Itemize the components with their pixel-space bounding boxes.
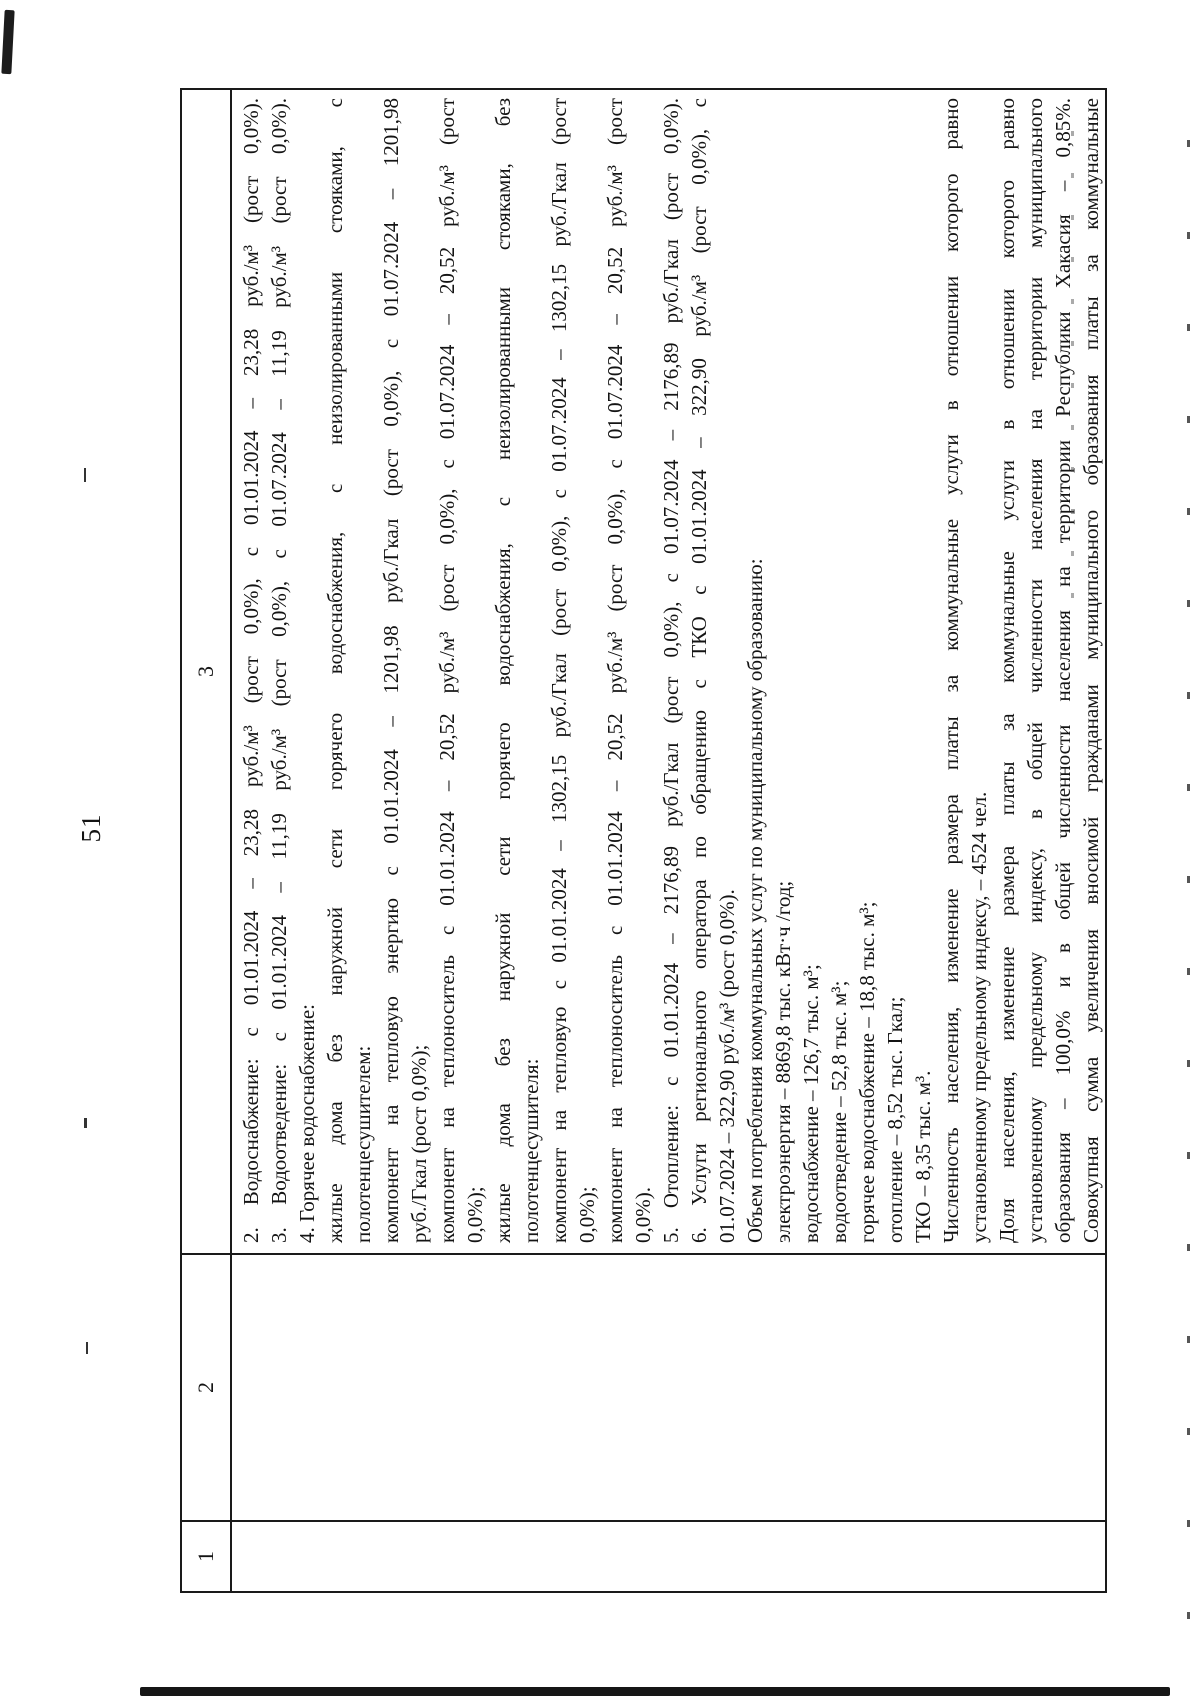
header-cell-3: 3 (181, 89, 231, 1254)
page-number: 51 (76, 798, 107, 858)
col3-line: 4. Горячее водоснабжение: (293, 98, 321, 1243)
col3-line: компонент на теплоноситель с 01.01.2024 … (433, 98, 461, 1243)
tariff-table: 1 2 3 2. Водоснабжение: с 01.01.2024 – 2… (180, 88, 1107, 1593)
rotated-page: 51 1 2 3 2. Водоснабжение: с 01.01.2024 … (0, 0, 1200, 1698)
col3-line: горячее водоснабжение – 18,8 тыс. м³; (853, 98, 881, 1243)
col3-line: отопление – 8,52 тыс. Гкал; (881, 98, 909, 1243)
col3-line: руб./Гкал (рост 0,0%); (405, 98, 433, 1243)
col3-line: компонент на теплоноситель с 01.01.2024 … (601, 98, 629, 1243)
col3-line: 5. Отопление: с 01.01.2024 – 2176,89 руб… (657, 98, 685, 1243)
col3-line: 6. Услуги регионального оператора по обр… (685, 98, 713, 1243)
body-cell-2 (231, 1254, 1106, 1521)
table-header-row: 1 2 3 (181, 89, 231, 1592)
col3-line: компонент на тепловую с 01.01.2024 – 130… (545, 98, 573, 1243)
header-cell-2: 2 (181, 1254, 231, 1521)
col3-line: Численность населения, изменение размера… (937, 98, 965, 1243)
table-body-row: 2. Водоснабжение: с 01.01.2024 – 23,28 р… (231, 89, 1106, 1592)
col3-line: 0,0%); (573, 98, 601, 1243)
column3-text: 2. Водоснабжение: с 01.01.2024 – 23,28 р… (232, 90, 1105, 1253)
col3-line: Совокупная сумма увеличения вносимой гра… (1077, 98, 1105, 1243)
col3-line: 01.07.2024 – 322,90 руб./м³ (рост 0,0%). (713, 98, 741, 1243)
col3-line: 0,0%). (629, 98, 657, 1243)
col3-line: жилые дома без наружной сети горячего во… (489, 98, 517, 1243)
col3-line: компонент на тепловую энергию с 01.01.20… (377, 98, 405, 1243)
scanned-document-page: 51 1 2 3 2. Водоснабжение: с 01.01.2024 … (0, 0, 1200, 1698)
col3-line: 0,0%); (461, 98, 489, 1243)
header-cell-1: 1 (181, 1521, 231, 1592)
col3-line: образования – 100,0% и в общей численнос… (1049, 98, 1077, 1243)
col3-line: 2. Водоснабжение: с 01.01.2024 – 23,28 р… (237, 98, 265, 1243)
col3-line: установленному предельному индексу, в об… (1021, 98, 1049, 1243)
col3-line: полотенцесушителем: (349, 98, 377, 1243)
col3-line: полотенцесушителя: (517, 98, 545, 1243)
col3-line: водоотведение – 52,8 тыс. м³; (825, 98, 853, 1243)
col3-line: 3. Водоотведение: с 01.01.2024 – 11,19 р… (265, 98, 293, 1243)
col3-line: установленному предельному индексу, – 45… (965, 98, 993, 1243)
body-cell-3: 2. Водоснабжение: с 01.01.2024 – 23,28 р… (231, 89, 1106, 1254)
body-cell-1 (231, 1521, 1106, 1592)
col3-line: Объем потребления коммунальных услуг по … (741, 98, 769, 1243)
col3-line: жилые дома без наружной сети горячего во… (321, 98, 349, 1243)
col3-line: водоснабжение – 126,7 тыс. м³; (797, 98, 825, 1243)
col3-line: ТКО – 8,35 тыс. м³. (909, 98, 937, 1243)
col3-line: электроэнергия – 8869,8 тыс. кВт·ч /год; (769, 98, 797, 1243)
col3-line: Доля населения, изменение размера платы … (993, 98, 1021, 1243)
